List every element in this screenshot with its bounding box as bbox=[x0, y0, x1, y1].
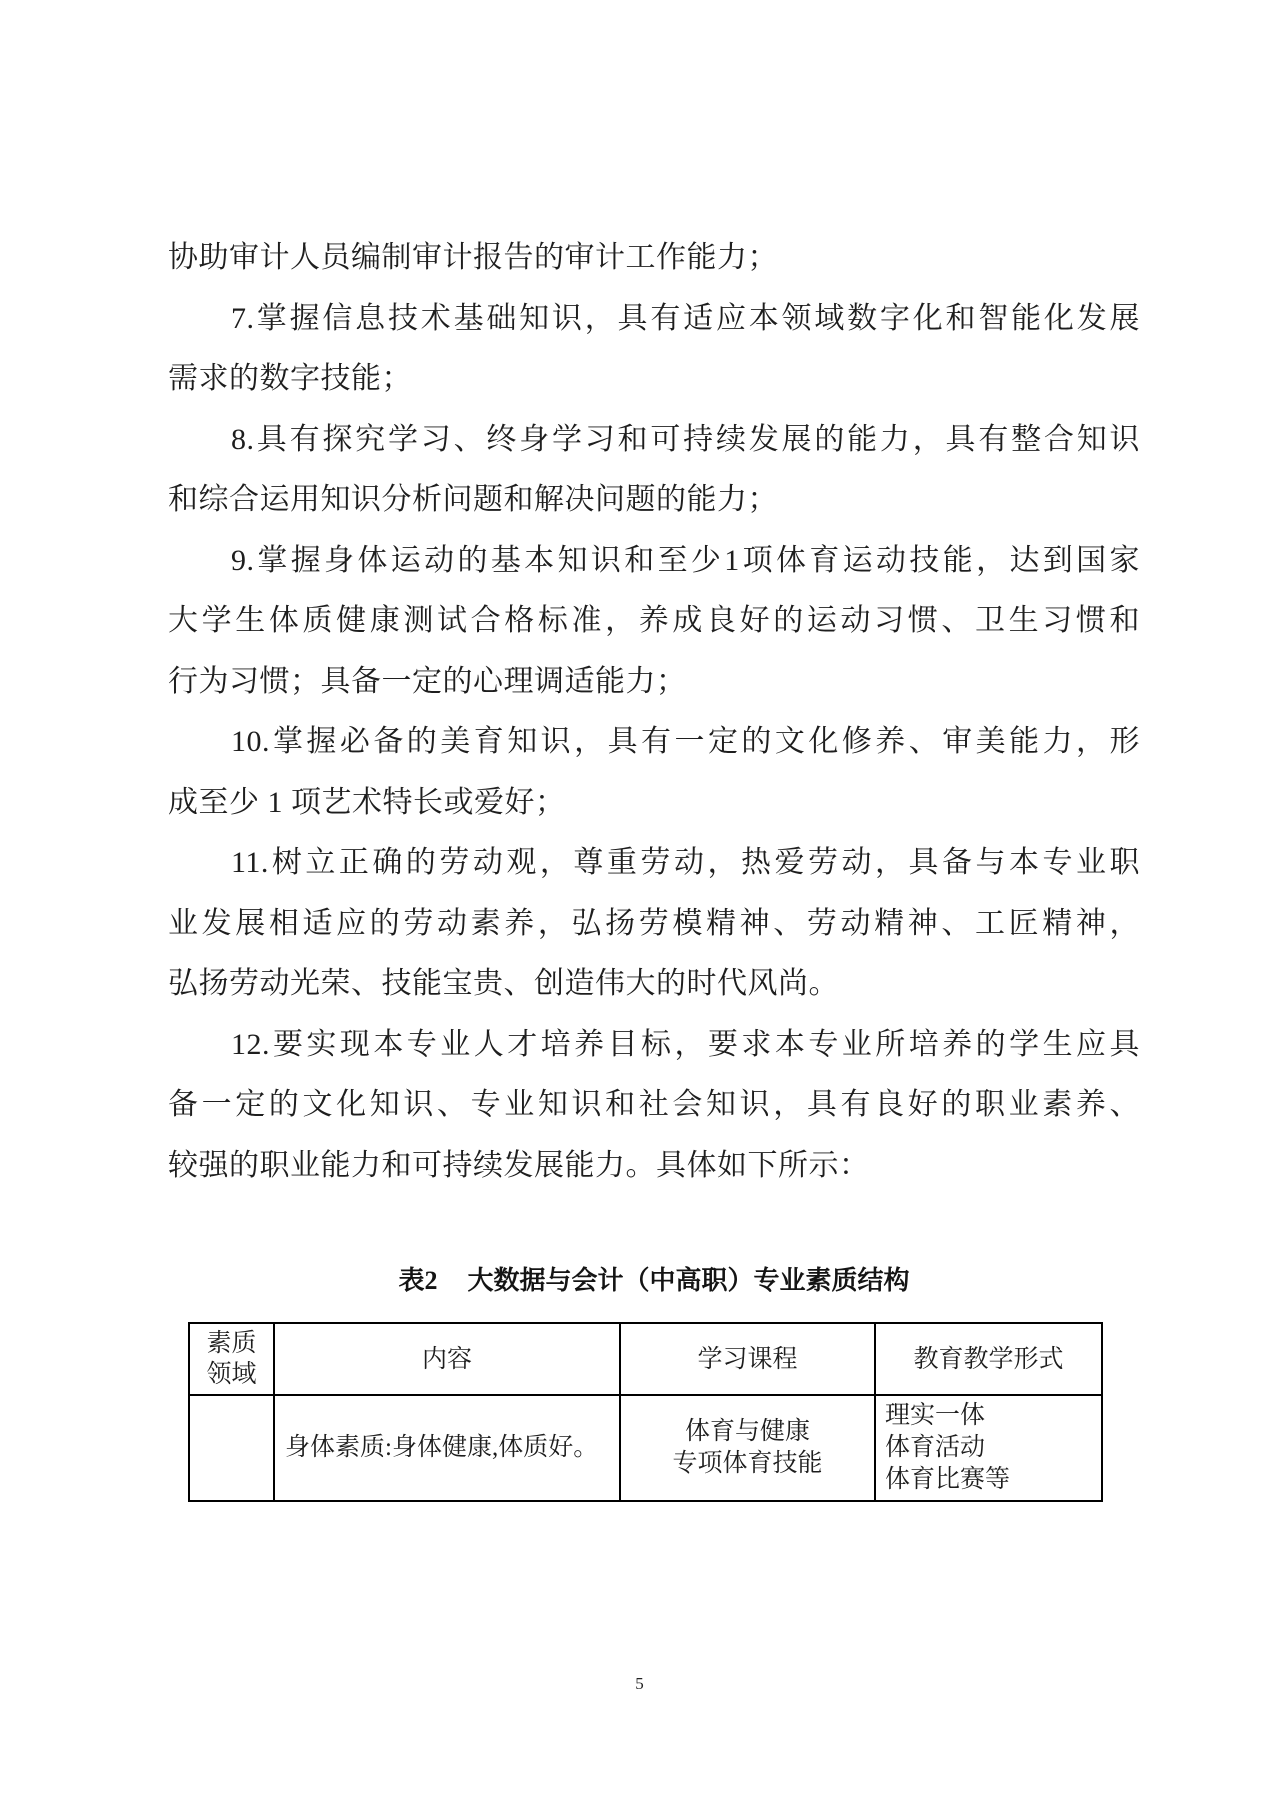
table-header-row: 素质 领域 内容 学习课程 教育教学形式 bbox=[189, 1323, 1102, 1395]
body-line: 成至少 1 项艺术特长或爱好； bbox=[168, 773, 1140, 834]
body-line: 行为习惯；具备一定的心理调适能力； bbox=[168, 652, 1140, 713]
body-line: 业发展相适应的劳动素养，弘扬劳模精神、劳动精神、工匠精神， bbox=[168, 894, 1140, 955]
body-line: 备一定的文化知识、专业知识和社会知识，具有良好的职业素养、 bbox=[168, 1075, 1140, 1136]
document-page: 协助审计人员编制审计报告的审计工作能力； 7.掌握信息技术基础知识，具有适应本领… bbox=[0, 0, 1279, 1809]
table-caption-title: 大数据与会计（中高职）专业素质结构 bbox=[468, 1266, 910, 1295]
table-caption-label: 表2 bbox=[398, 1266, 437, 1295]
body-line: 需求的数字技能； bbox=[168, 349, 1140, 410]
body-line: 7.掌握信息技术基础知识，具有适应本领域数字化和智能化发展 bbox=[168, 289, 1140, 350]
cell-content: 身体素质:身体健康,体质好。 bbox=[274, 1395, 620, 1501]
body-line: 和综合运用知识分析问题和解决问题的能力； bbox=[168, 470, 1140, 531]
table-header-content: 内容 bbox=[274, 1323, 620, 1395]
page-number: 5 bbox=[0, 1674, 1279, 1694]
table-header-teaching: 教育教学形式 bbox=[875, 1323, 1102, 1395]
table-row: 身体素质:身体健康,体质好。 体育与健康 专项体育技能 理实一体 体育活动 体育… bbox=[189, 1395, 1102, 1501]
body-line: 较强的职业能力和可持续发展能力。具体如下所示： bbox=[168, 1136, 1140, 1197]
body-line: 12.要实现本专业人才培养目标，要求本专业所培养的学生应具 bbox=[168, 1015, 1140, 1076]
table-caption: 表2大数据与会计（中高职）专业素质结构 bbox=[168, 1262, 1140, 1300]
body-line: 10.掌握必备的美育知识，具有一定的文化修养、审美能力，形 bbox=[168, 712, 1140, 773]
cell-courses: 体育与健康 专项体育技能 bbox=[620, 1395, 875, 1501]
cell-teaching: 理实一体 体育活动 体育比赛等 bbox=[875, 1395, 1102, 1501]
table-header-domain: 素质 领域 bbox=[189, 1323, 274, 1395]
body-line: 弘扬劳动光荣、技能宝贵、创造伟大的时代风尚。 bbox=[168, 954, 1140, 1015]
body-line: 大学生体质健康测试合格标准，养成良好的运动习惯、卫生习惯和 bbox=[168, 591, 1140, 652]
body-line: 协助审计人员编制审计报告的审计工作能力； bbox=[168, 228, 1140, 289]
table-header-courses: 学习课程 bbox=[620, 1323, 875, 1395]
quality-structure-table: 素质 领域 内容 学习课程 教育教学形式 身体素质:身体健康,体质好。 体育与健… bbox=[188, 1322, 1103, 1502]
cell-domain bbox=[189, 1395, 274, 1501]
body-line: 8.具有探究学习、终身学习和可持续发展的能力，具有整合知识 bbox=[168, 410, 1140, 471]
body-line: 11.树立正确的劳动观，尊重劳动，热爱劳动，具备与本专业职 bbox=[168, 833, 1140, 894]
body-text: 协助审计人员编制审计报告的审计工作能力； 7.掌握信息技术基础知识，具有适应本领… bbox=[168, 228, 1140, 1196]
body-line: 9.掌握身体运动的基本知识和至少1项体育运动技能，达到国家 bbox=[168, 531, 1140, 592]
